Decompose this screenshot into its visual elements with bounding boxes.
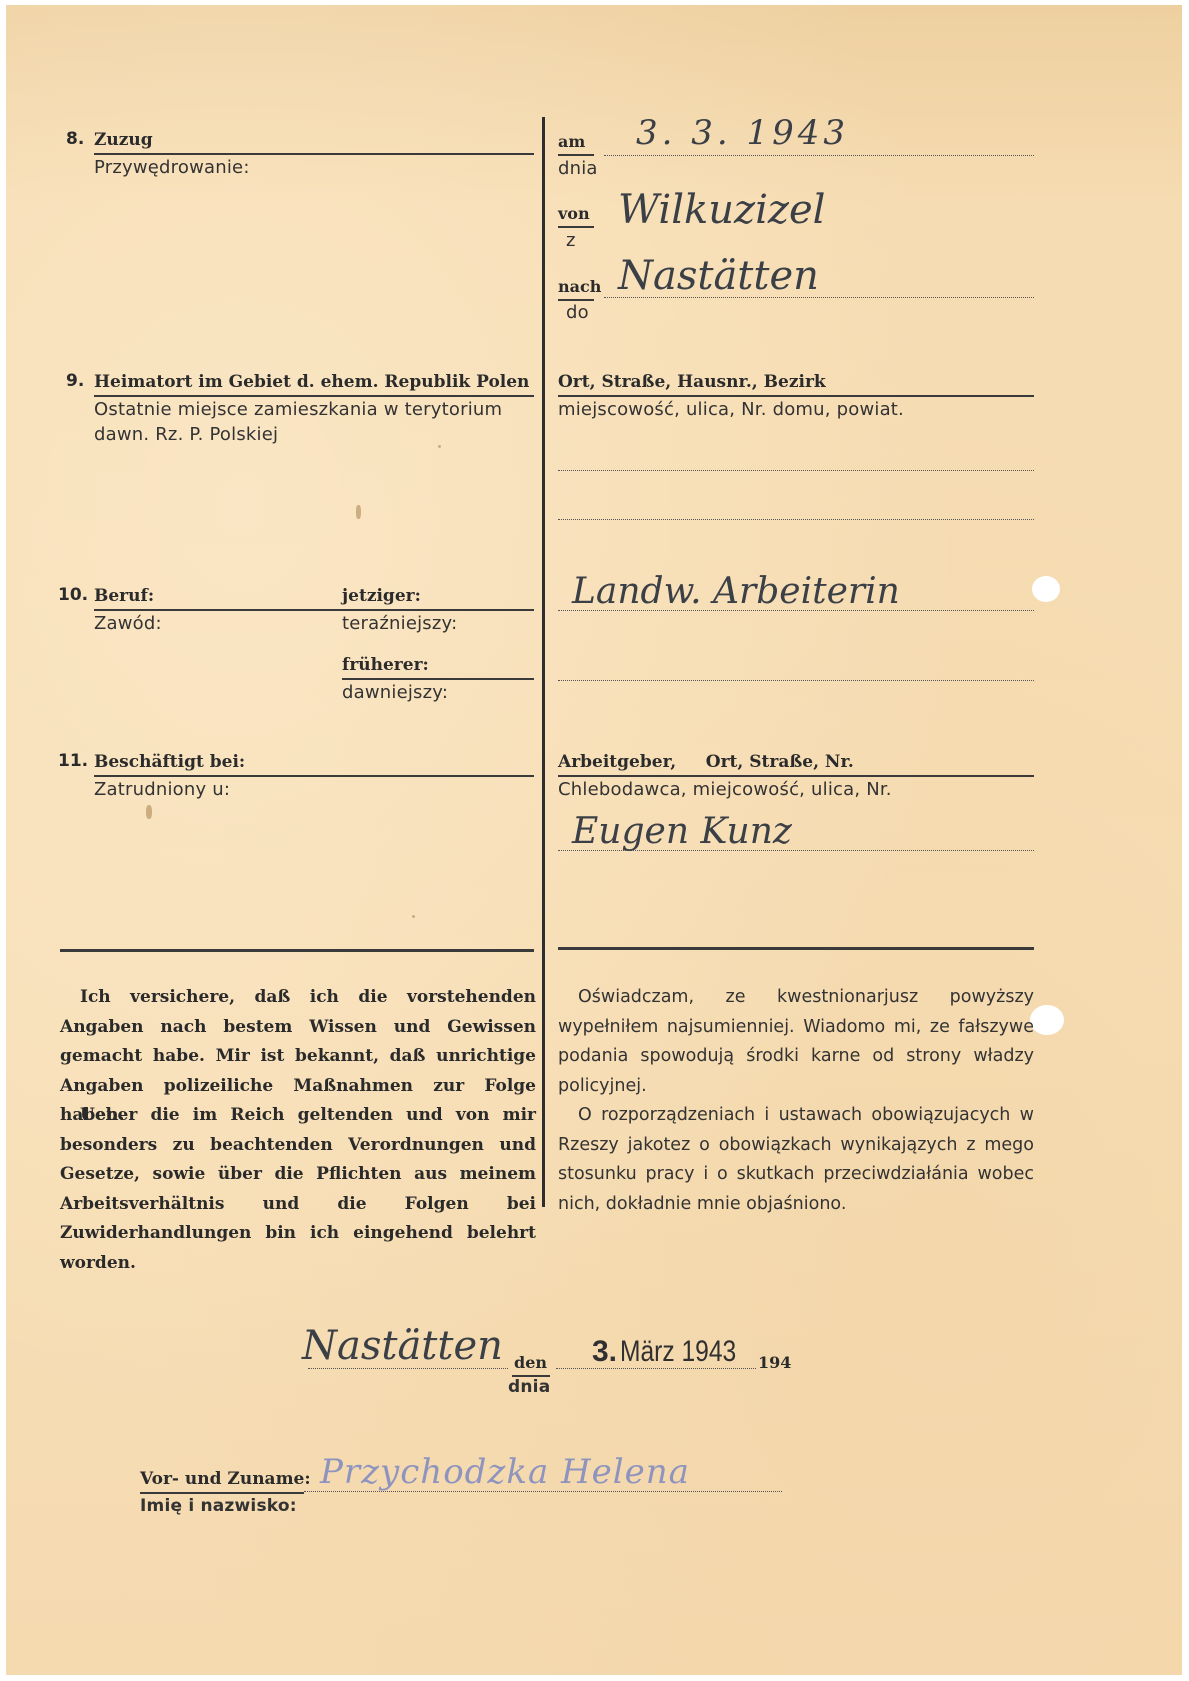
name-value: Przychodzka Helena bbox=[320, 1452, 690, 1492]
declaration-de-paragraph-2: Ueber die im Reich geltenden und von mir… bbox=[60, 1101, 536, 1278]
current-job-value: Landw. Arbeiterin bbox=[572, 571, 900, 612]
section-9-label-pl-2: dawn. Rz. P. Polskiej bbox=[94, 424, 278, 445]
punch-hole bbox=[1032, 576, 1060, 602]
rule bbox=[94, 609, 534, 611]
previous-job-label-pl: dawniejszy: bbox=[342, 682, 448, 703]
rule bbox=[342, 678, 534, 680]
section-11-label-de: Beschäftigt bei: bbox=[94, 752, 245, 772]
year-prefix: 194 bbox=[758, 1353, 791, 1372]
name-label-pl: Imię i nazwisko: bbox=[140, 1496, 297, 1516]
speck bbox=[412, 915, 415, 918]
from-label-de: von bbox=[558, 204, 590, 223]
address-field-line-1 bbox=[558, 470, 1034, 471]
to-label-pl: do bbox=[566, 302, 589, 323]
speck bbox=[438, 445, 441, 448]
previous-job-label-de: früherer: bbox=[342, 655, 429, 675]
previous-job-field-line bbox=[558, 680, 1034, 681]
rule bbox=[558, 395, 1034, 397]
rule bbox=[558, 226, 594, 228]
section-9-label-pl-1: Ostatnie miejsce zamieszkania w terytori… bbox=[94, 399, 502, 420]
rule bbox=[558, 947, 1034, 950]
date-label-pl: dnia bbox=[558, 158, 598, 179]
employer-label-pl: Chlebodawca, miejcowość, ulica, Nr. bbox=[558, 779, 892, 800]
employer-value: Eugen Kunz bbox=[572, 811, 792, 852]
current-job-label-pl: teraźniejszy: bbox=[342, 613, 457, 634]
address-field-line-2 bbox=[558, 519, 1034, 520]
date-value: 3. 3. 1943 bbox=[636, 113, 849, 153]
rule bbox=[94, 153, 534, 155]
to-label-de: nach bbox=[558, 277, 601, 296]
address-label-pl: miejscowość, ulica, Nr. domu, powiat. bbox=[558, 399, 904, 420]
date-stamp-month-year: März 1943 bbox=[620, 1335, 736, 1369]
section-10-label-de: Beruf: bbox=[94, 586, 154, 606]
rule bbox=[94, 395, 534, 397]
form-page: 8. Zuzug Przywędrowanie: am dnia 3. 3. 1… bbox=[6, 5, 1182, 1675]
section-10-number: 10. bbox=[58, 585, 88, 605]
rule bbox=[140, 1492, 304, 1494]
section-8-label-pl: Przywędrowanie: bbox=[94, 157, 250, 178]
declaration-pl-paragraph-1: Oświadczam, ze kwestnionarjusz powyższy … bbox=[558, 983, 1034, 1101]
from-value: Wilkuzizel bbox=[618, 187, 825, 233]
ink-stain bbox=[146, 805, 152, 819]
date-field-line bbox=[604, 155, 1034, 156]
date-label-de: am bbox=[558, 132, 585, 151]
den-label-de: den bbox=[514, 1353, 547, 1372]
employer-label-de: Arbeitgeber, Ort, Straße, Nr. bbox=[558, 752, 854, 772]
section-9-number: 9. bbox=[66, 371, 84, 391]
rule bbox=[94, 775, 534, 777]
from-label-pl: z bbox=[566, 230, 576, 251]
rule bbox=[558, 775, 1034, 777]
date-stamp-day: 3. bbox=[592, 1335, 617, 1369]
section-11-number: 11. bbox=[58, 751, 88, 771]
address-label-de: Ort, Straße, Hausnr., Bezirk bbox=[558, 372, 826, 392]
name-label-de: Vor- und Zuname: bbox=[140, 1469, 311, 1489]
column-divider bbox=[542, 117, 545, 1207]
declaration-pl-paragraph-2: O rozporządzeniach i ustawach obowiązuja… bbox=[558, 1101, 1034, 1219]
section-11-label-pl: Zatrudniony u: bbox=[94, 779, 230, 800]
rule bbox=[558, 299, 594, 301]
rule bbox=[558, 154, 594, 156]
section-8-label-de: Zuzug bbox=[94, 130, 153, 150]
place-value: Nastätten bbox=[302, 1323, 503, 1369]
rule bbox=[60, 949, 534, 952]
section-9-label-de: Heimatort im Gebiet d. ehem. Republik Po… bbox=[94, 372, 529, 392]
section-8-number: 8. bbox=[66, 129, 84, 149]
section-10-label-pl: Zawód: bbox=[94, 613, 162, 634]
current-job-label-de: jetziger: bbox=[342, 586, 421, 606]
den-label-pl: dnia bbox=[508, 1377, 550, 1397]
ink-stain bbox=[356, 505, 361, 519]
punch-hole bbox=[1030, 1005, 1064, 1035]
to-value: Nastätten bbox=[618, 253, 819, 299]
